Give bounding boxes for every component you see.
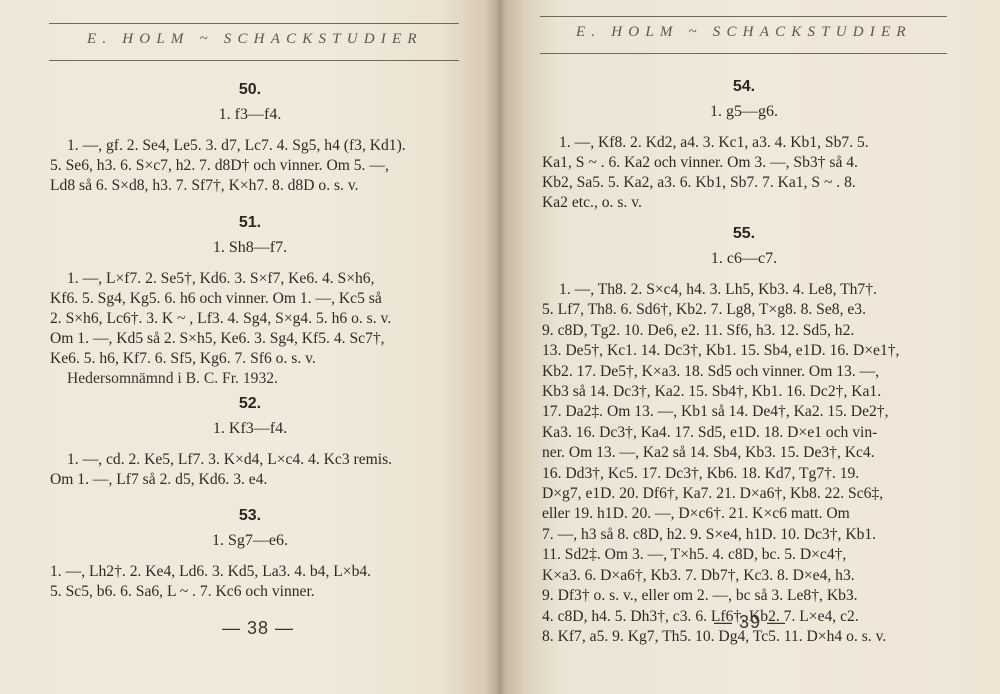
solution-line: K×a3. 6. D×a6†, Kb3. 7. Db7†, Kc3. 8. D×… <box>542 566 946 586</box>
solution-line: Kb3 så 14. Dc3†, Ka2. 15. Sb4†, Kb1. 16.… <box>542 382 946 402</box>
solution-line: 1. —, L×f7. 2. Se5†, Kd6. 3. S×f7, Ke6. … <box>50 269 450 289</box>
running-head-text: E. HOLM ~ SCHACKSTUDIER <box>576 24 947 41</box>
solution-line: 7. —, h3 så 8. c8D, h2. 9. S×e4, h1D. 10… <box>542 525 946 545</box>
solution-line: 17. Da2‡. Om 13. —, Kb1 så 14. De4†, Ka2… <box>542 402 946 422</box>
problem-number: 55. <box>542 224 946 244</box>
solution-line: 16. Dd3†, Kc5. 17. Dc3†, Kb6. 18. Kd7, T… <box>542 464 946 484</box>
key-move: 1. c6—c7. <box>542 248 946 270</box>
running-head: E. HOLM ~ SCHACKSTUDIER <box>540 16 947 54</box>
solution-line: Om 1. —, Kd5 så 2. S×h5, Ke6. 3. Sg4, Kf… <box>50 329 450 349</box>
left-page: E. HOLM ~ SCHACKSTUDIER 50. 1. f3—f4. 1.… <box>0 0 500 694</box>
solution-text: 1. —, cd. 2. Ke5, Lf7. 3. K×d4, L×c4. 4.… <box>50 450 450 490</box>
key-move: 1. g5—g6. <box>542 101 946 123</box>
solution-line: D×g7, e1D. 20. Df6†, Ka7. 21. D×a6†, Kb8… <box>542 484 946 504</box>
solution-line: Ka1, S ~ . 6. Ka2 och vinner. Om 3. —, S… <box>542 153 946 173</box>
solution-line: 11. Sd2‡. Om 3. —, T×h5. 4. c8D, bc. 5. … <box>542 545 946 565</box>
solution-line: 9. Df3† o. s. v., eller om 2. —, bc så 3… <box>542 586 946 606</box>
key-move: 1. Sg7—e6. <box>50 530 450 552</box>
solution-line: Kf6. 5. Sg4, Kg5. 6. h6 och vinner. Om 1… <box>50 289 450 309</box>
solution-text: 1. —, Lh2†. 2. Ke4, Ld6. 3. Kd5, La3. 4.… <box>50 562 450 602</box>
problem-number: 52. <box>50 394 450 414</box>
running-head: E. HOLM ~ SCHACKSTUDIER <box>49 23 459 61</box>
solution-line: 2. S×h6, Lc6†. 3. K ~ , Lf3. 4. Sg4, S×g… <box>50 309 450 329</box>
solution-line: Ke6. 5. h6, Kf7. 6. Sf5, Kg6. 7. Sf6 o. … <box>50 349 450 369</box>
solution-line: 1. —, cd. 2. Ke5, Lf7. 3. K×d4, L×c4. 4.… <box>50 450 450 470</box>
problem-54: 54. 1. g5—g6. 1. —, Kf8. 2. Kd2, a4. 3. … <box>542 77 946 213</box>
problem-55: 55. 1. c6—c7. 1. —, Th8. 2. S×c4, h4. 3.… <box>542 224 946 647</box>
solution-line: 1. —, Lh2†. 2. Ke4, Ld6. 3. Kd5, La3. 4.… <box>50 562 450 582</box>
solution-line: Kb2, Sa5. 5. Ka2, a3. 6. Kb1, Sb7. 7. Ka… <box>542 173 946 193</box>
book-spread: E. HOLM ~ SCHACKSTUDIER 50. 1. f3—f4. 1.… <box>0 0 1000 694</box>
problem-51: 51. 1. Sh8—f7. 1. —, L×f7. 2. Se5†, Kd6.… <box>50 213 450 389</box>
solution-line: Kb2. 17. De5†, K×a3. 18. Sd5 och vinner.… <box>542 362 946 382</box>
solution-line: 9. c8D, Tg2. 10. De6, e2. 11. Sf6, h3. 1… <box>542 321 946 341</box>
problem-50: 50. 1. f3—f4. 1. —, gf. 2. Se4, Le5. 3. … <box>50 80 450 196</box>
solution-line: 5. Se6, h3. 6. S×c7, h2. 7. d8D† och vin… <box>50 156 450 176</box>
solution-text: 1. —, Kf8. 2. Kd2, a4. 3. Kc1, a3. 4. Kb… <box>542 133 946 213</box>
solution-text: 1. —, L×f7. 2. Se5†, Kd6. 3. S×f7, Ke6. … <box>50 269 450 369</box>
solution-line: Ld8 så 6. S×d8, h3. 7. Sf7†, K×h7. 8. d8… <box>50 176 450 196</box>
solution-text: 1. —, gf. 2. Se4, Le5. 3. d7, Lc7. 4. Sg… <box>50 136 450 196</box>
solution-line: 1. —, gf. 2. Se4, Le5. 3. d7, Lc7. 4. Sg… <box>50 136 450 156</box>
solution-line: 5. Sc5, b6. 6. Sa6, L ~ . 7. Kc6 och vin… <box>50 582 450 602</box>
problem-number: 54. <box>542 77 946 97</box>
running-head-text: E. HOLM ~ SCHACKSTUDIER <box>87 31 459 48</box>
problem-number: 53. <box>50 506 450 526</box>
problem-number: 51. <box>50 213 450 233</box>
page-number: — 39 — <box>500 612 1000 633</box>
solution-text: 1. —, Th8. 2. S×c4, h4. 3. Lh5, Kb3. 4. … <box>542 280 946 647</box>
solution-line: Om 1. —, Lf7 så 2. d5, Kd6. 3. e4. <box>50 470 450 490</box>
solution-line: 5. Lf7, Th8. 6. Sd6†, Kb2. 7. Lg8, T×g8.… <box>542 300 946 320</box>
solution-line: ner. Om 13. —, Ka2 så 14. Sb4, Kb3. 15. … <box>542 443 946 463</box>
solution-line: 1. —, Th8. 2. S×c4, h4. 3. Lh5, Kb3. 4. … <box>542 280 946 300</box>
right-page: E. HOLM ~ SCHACKSTUDIER 54. 1. g5—g6. 1.… <box>500 0 1000 694</box>
honorable-mention-note: Hedersomnämnd i B. C. Fr. 1932. <box>50 369 450 389</box>
key-move: 1. f3—f4. <box>50 104 450 126</box>
problem-53: 53. 1. Sg7—e6. 1. —, Lh2†. 2. Ke4, Ld6. … <box>50 506 450 602</box>
solution-line: Ka2 etc., o. s. v. <box>542 193 946 213</box>
problem-52: 52. 1. Kf3—f4. 1. —, cd. 2. Ke5, Lf7. 3.… <box>50 394 450 490</box>
solution-line: 13. De5†, Kc1. 14. Dc3†, Kb1. 15. Sb4, e… <box>542 341 946 361</box>
problem-number: 50. <box>50 80 450 100</box>
page-number: — 38 — <box>8 618 508 639</box>
solution-line: Ka3. 16. Dc3†, Ka4. 17. Sd5, e1D. 18. D×… <box>542 423 946 443</box>
key-move: 1. Sh8—f7. <box>50 237 450 259</box>
solution-line: eller 19. h1D. 20. —, D×c6†. 21. K×c6 ma… <box>542 504 946 524</box>
key-move: 1. Kf3—f4. <box>50 418 450 440</box>
solution-line: 1. —, Kf8. 2. Kd2, a4. 3. Kc1, a3. 4. Kb… <box>542 133 946 153</box>
